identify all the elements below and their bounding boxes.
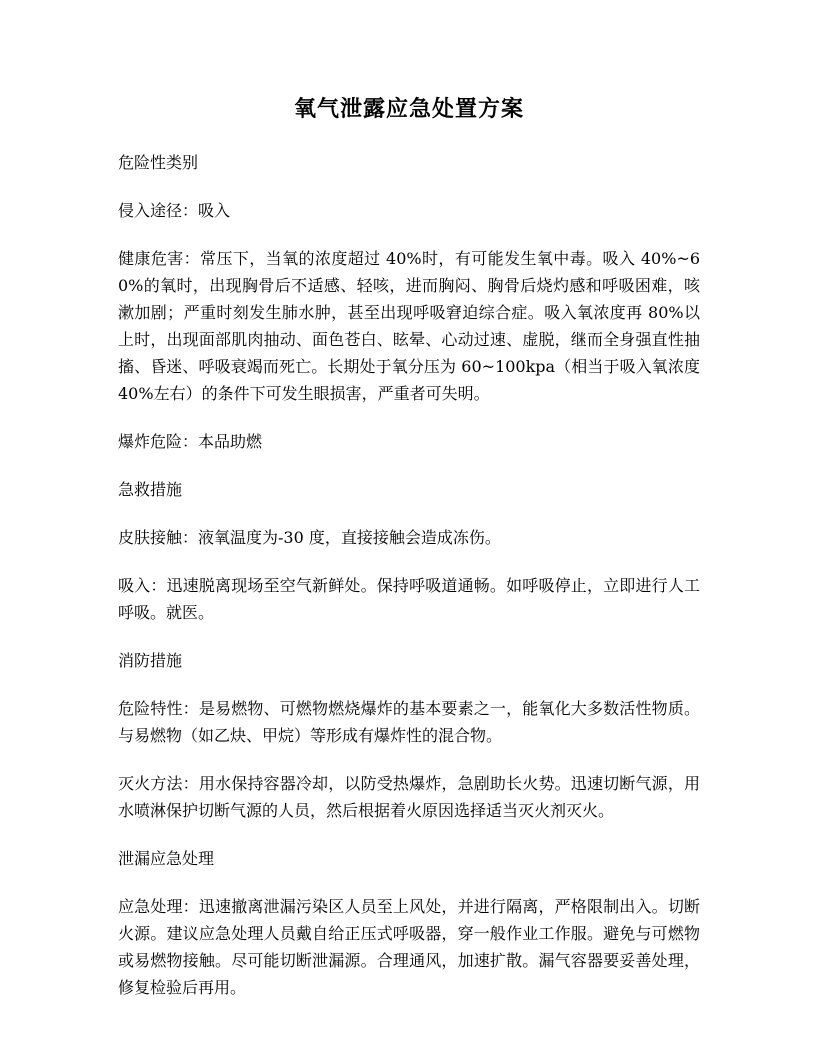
document-page: 氧气泄露应急处置方案 危险性类别侵入途径：吸入健康危害：常压下，当氧的浓度超过 … bbox=[0, 0, 816, 1056]
document-paragraph: 急救措施 bbox=[118, 476, 700, 503]
document-paragraph: 爆炸危险：本品助燃 bbox=[118, 428, 700, 455]
document-paragraph: 危险性类别 bbox=[118, 149, 700, 176]
document-paragraph: 消防措施 bbox=[118, 647, 700, 674]
document-paragraph: 灭火方法：用水保持容器冷却，以防受热爆炸，急剧助长火势。迅速切断气源，用水喷淋保… bbox=[118, 770, 700, 824]
document-paragraph: 皮肤接触：液氧温度为-30 度，直接接触会造成冻伤。 bbox=[118, 524, 700, 551]
document-body: 危险性类别侵入途径：吸入健康危害：常压下，当氧的浓度超过 40%时，有可能发生氧… bbox=[118, 149, 700, 1001]
document-title: 氧气泄露应急处置方案 bbox=[118, 96, 700, 123]
document-paragraph: 吸入：迅速脱离现场至空气新鲜处。保持呼吸道通畅。如呼吸停止，立即进行人工呼吸。就… bbox=[118, 572, 700, 626]
document-paragraph: 应急处理：迅速撤离泄漏污染区人员至上风处，并进行隔离，严格限制出入。切断火源。建… bbox=[118, 893, 700, 1001]
document-paragraph: 健康危害：常压下，当氧的浓度超过 40%时，有可能发生氧中毒。吸入 40%~60… bbox=[118, 245, 700, 407]
document-paragraph: 危险特性：是易燃物、可燃物燃烧爆炸的基本要素之一，能氧化大多数活性物质。与易燃物… bbox=[118, 695, 700, 749]
document-paragraph: 侵入途径：吸入 bbox=[118, 197, 700, 224]
document-paragraph: 泄漏应急处理 bbox=[118, 845, 700, 872]
